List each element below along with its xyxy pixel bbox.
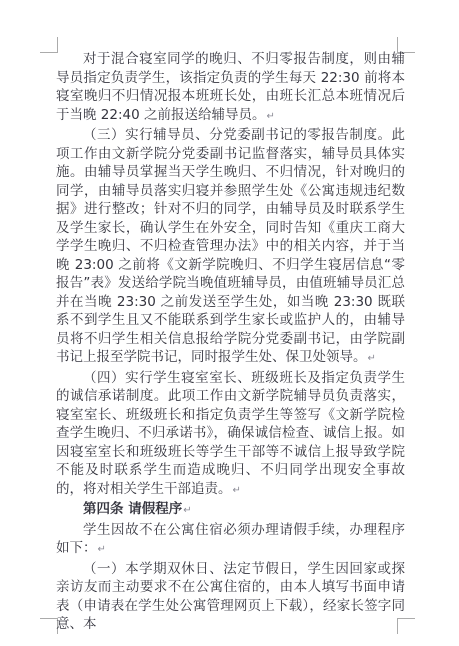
document-page: 对于混合寝室同学的晚归、不归零报告制度，则由辅导员指定负责学生，该指定负责的学生… bbox=[0, 0, 459, 646]
document-body: 对于混合寝室同学的晚归、不归零报告制度，则由辅导员指定负责学生，该指定负责的学生… bbox=[56, 50, 405, 634]
paragraph-text: （一）本学期双休日、法定节假日，学生因回家或探亲访友而主动要求不在公寓住宿的，由… bbox=[56, 561, 405, 633]
paragraph-text: （四）实行学生寝室室长、班级班长及指定负责学生的诚信承诺制度。此项工作由文新学院… bbox=[56, 370, 405, 497]
paragraph-mark-icon: ↵ bbox=[266, 111, 275, 122]
section-heading-text: 第四条 请假程序 bbox=[83, 501, 182, 517]
paragraph-mark-icon: ↵ bbox=[182, 505, 191, 516]
paragraph-mark-icon: ↵ bbox=[232, 485, 241, 496]
paragraph: 对于混合寝室同学的晚归、不归零报告制度，则由辅导员指定负责学生，该指定负责的学生… bbox=[56, 50, 405, 126]
paragraph-text: 对于混合寝室同学的晚归、不归零报告制度，则由辅导员指定负责学生，该指定负责的学生… bbox=[56, 51, 405, 123]
section-heading: 第四条 请假程序↵ bbox=[56, 500, 405, 521]
paragraph-mark-icon: ↵ bbox=[367, 353, 376, 364]
paragraph: （四）实行学生寝室室长、班级班长及指定负责学生的诚信承诺制度。此项工作由文新学院… bbox=[56, 369, 405, 501]
paragraph: （一）本学期双休日、法定节假日，学生因回家或探亲访友而主动要求不在公寓住宿的，由… bbox=[56, 560, 405, 634]
paragraph: （三）实行辅导员、分党委副书记的零报告制度。此项工作由文新学院分党委副书记监督落… bbox=[56, 126, 405, 369]
paragraph-text: （三）实行辅导员、分党委副书记的零报告制度。此项工作由文新学院分党委副书记监督落… bbox=[56, 127, 405, 365]
paragraph: 学生因故不在公寓住宿必须办理请假手续，办理程序如下：↵ bbox=[56, 521, 405, 560]
paragraph-text: 学生因故不在公寓住宿必须办理请假手续，办理程序如下： bbox=[56, 522, 405, 557]
paragraph-mark-icon: ↵ bbox=[97, 544, 106, 555]
